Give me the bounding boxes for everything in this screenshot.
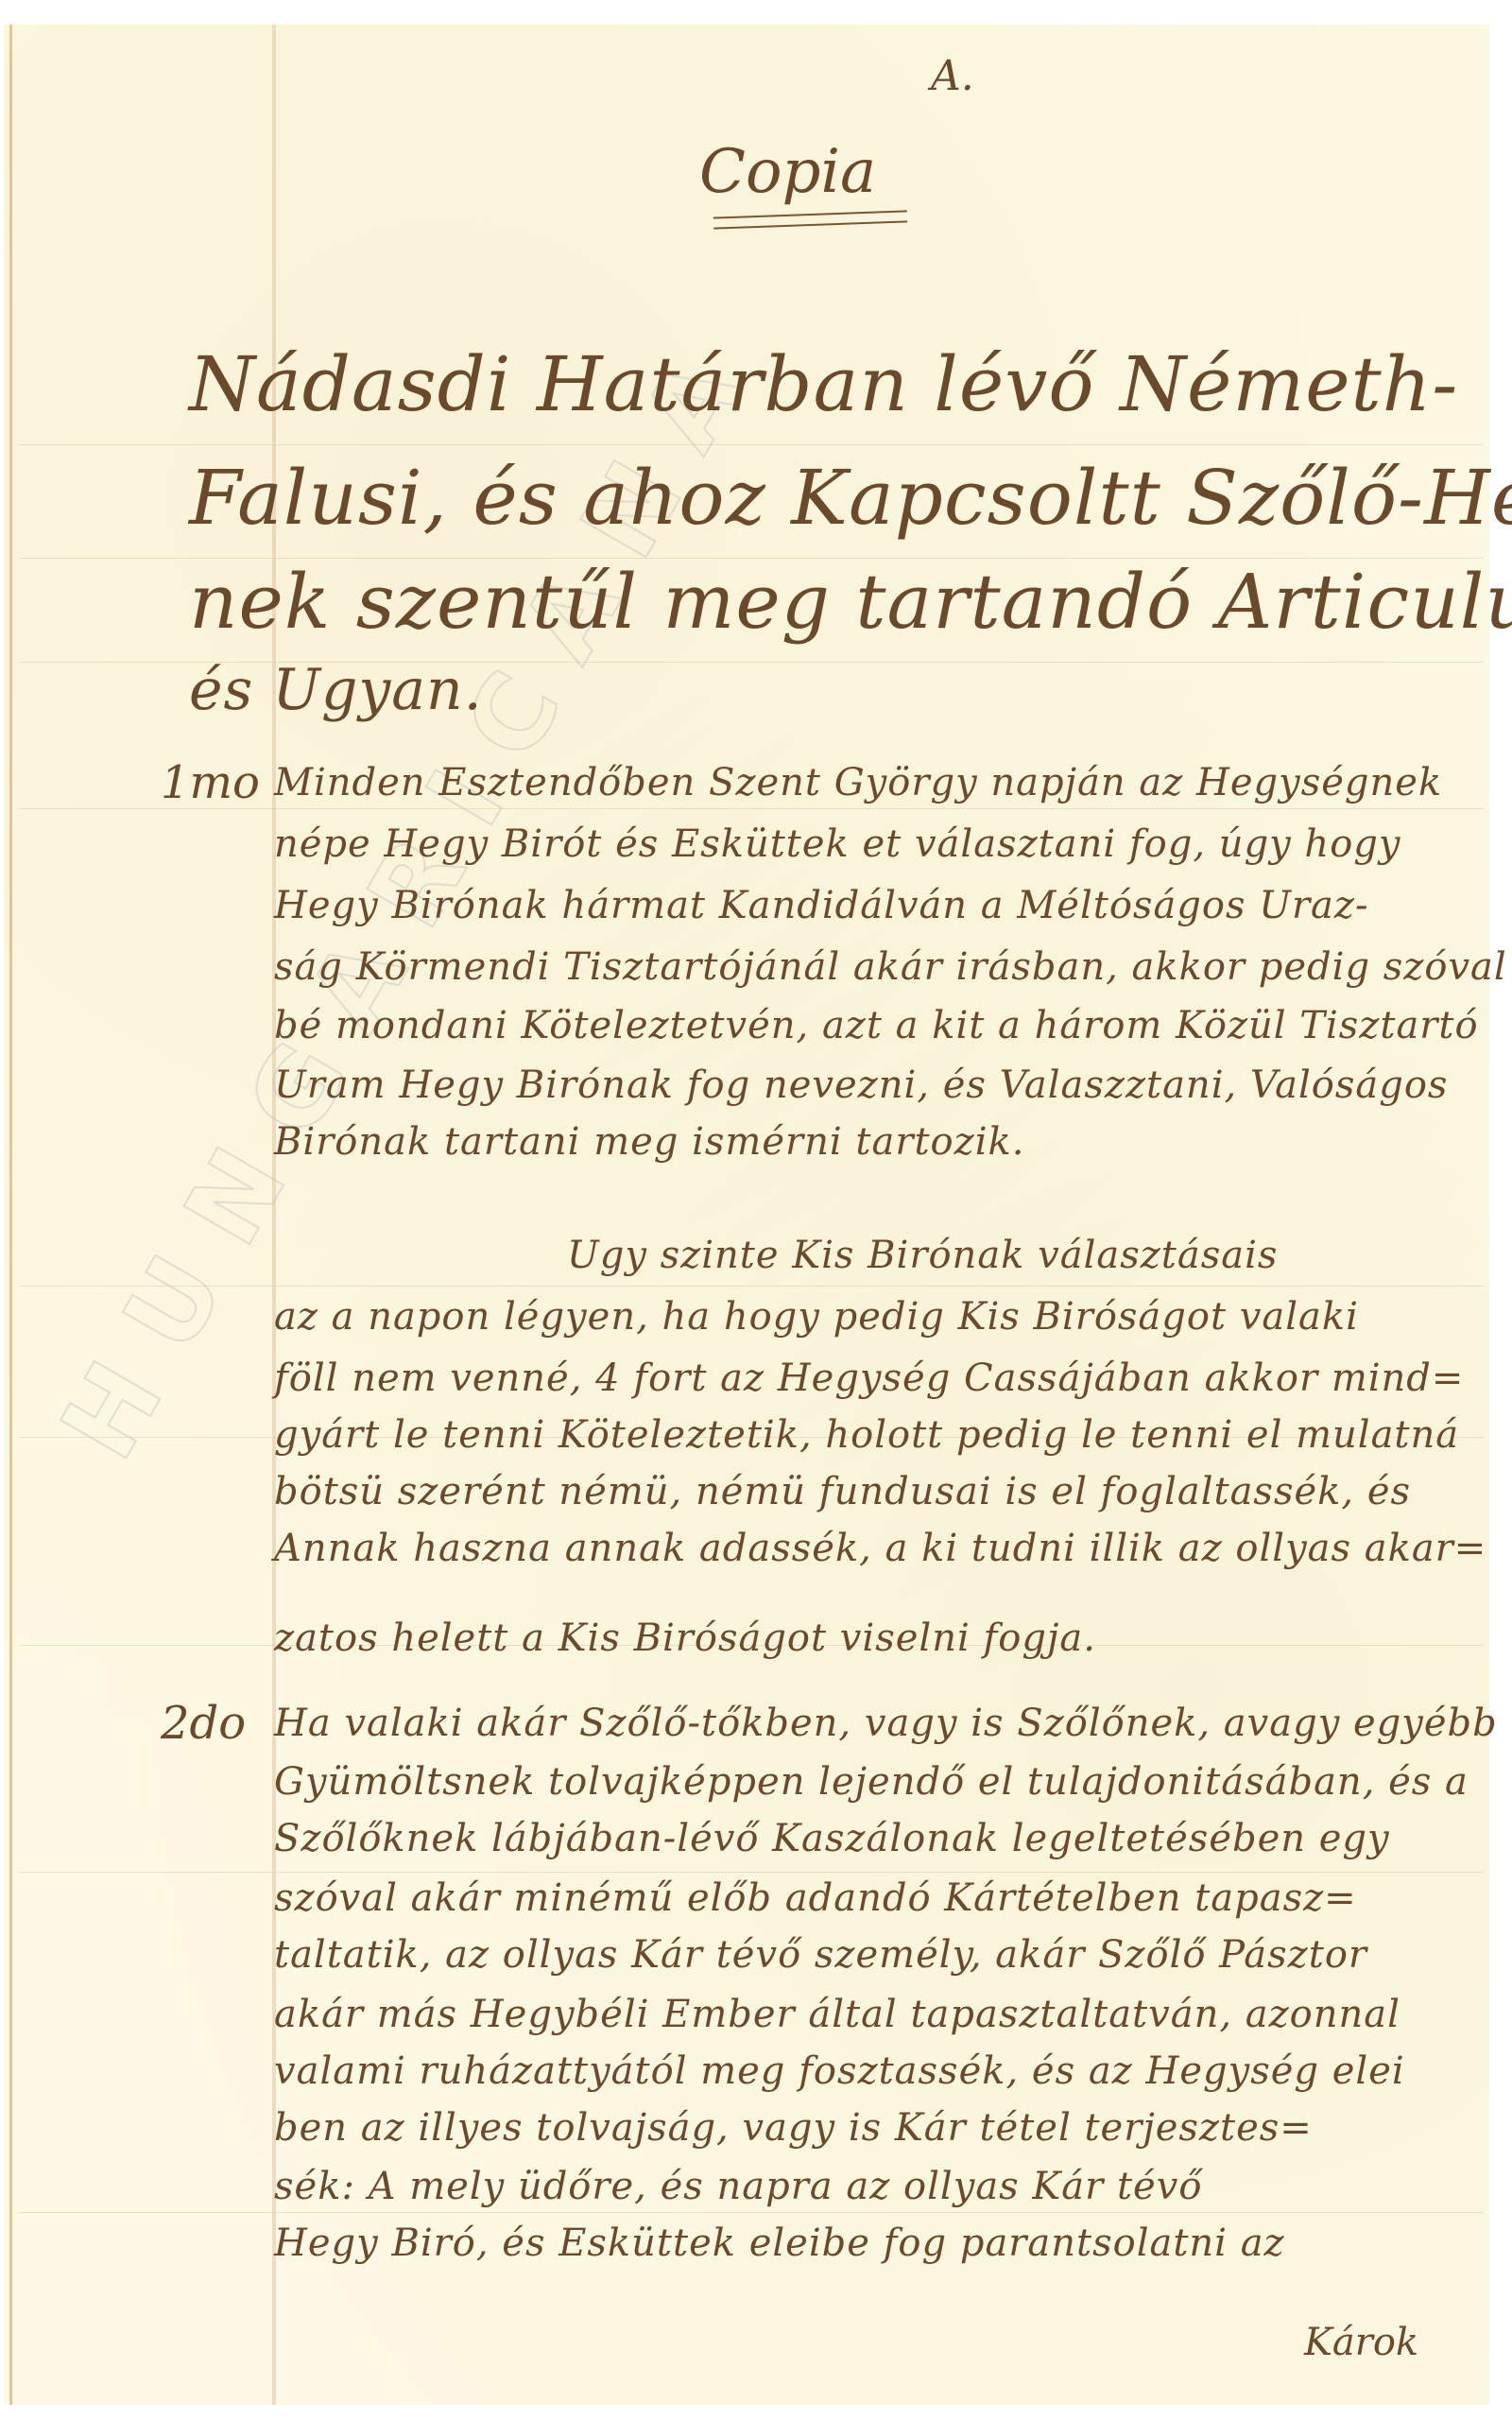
article-line: Birónak tartani meg ismérni tartozik.: [274, 1120, 1024, 1164]
article-line: az a napon légyen, ha hogy pedig Kis Bir…: [274, 1295, 1359, 1339]
article-line: akár más Hegybéli Ember által tapasztalt…: [274, 1993, 1400, 2036]
article-line: valami ruházattyától meg fosztassék, és …: [274, 2049, 1405, 2093]
article-line: szóval akár minémű előb adandó Kártételb…: [274, 1876, 1357, 1920]
article-line: zatos helett a Kis Biróságot viselni fog…: [274, 1616, 1096, 1660]
title-line: Falusi, és ahoz Kapcsoltt Szőlő-Hegyek-: [189, 454, 1512, 542]
left-margin-rule: [9, 25, 12, 2405]
article-line: Hegy Biró, és Esküttek eleibe fog parant…: [274, 2221, 1285, 2265]
article-number: 2do: [161, 1697, 246, 1750]
page-mark: A.: [931, 52, 974, 100]
article-line: Uram Hegy Birónak fog nevezni, és Valasz…: [274, 1063, 1448, 1107]
title-line: Nádasdi Határban lévő Németh-: [189, 340, 1458, 428]
article-line: föll nem venné, 4 fort az Hegység Cassáj…: [274, 1357, 1464, 1400]
ruled-line: [19, 2212, 1484, 2213]
article-line: népe Hegy Birót és Esküttek et választan…: [274, 822, 1400, 866]
article-line: Minden Esztendőben Szent György napján a…: [274, 761, 1442, 804]
heading-copia: Copia: [699, 137, 876, 207]
article-line: gyárt le tenni Köteleztetik, holott pedi…: [274, 1413, 1459, 1457]
article-line: bötsü szerént némü, némü fundusai is el …: [274, 1470, 1411, 1513]
article-line: Annak haszna annak adassék, a ki tudni i…: [274, 1527, 1486, 1570]
article-line: Szőlőknek lábjában-lévő Kaszálonak legel…: [274, 1817, 1390, 1860]
article-number: 1mo: [161, 756, 260, 809]
catchword: Károk: [1304, 2321, 1418, 2364]
article-line: Hegy Birónak hármat Kandidálván a Méltós…: [274, 884, 1369, 927]
article-line: ben az illyes tolvajság, vagy is Kár tét…: [274, 2106, 1313, 2150]
article-line: Ugy szinte Kis Birónak választásais: [567, 1234, 1278, 1277]
title-line: nek szentűl meg tartandó Articulusai: [189, 558, 1512, 646]
ruled-line: [19, 1872, 1484, 1873]
article-line: Ha valaki akár Szőlő-tőkben, vagy is Sző…: [274, 1702, 1498, 1745]
ruled-line: [19, 444, 1484, 445]
article-line: sék: A mely üdőre, és napra az ollyas Ká…: [274, 2165, 1202, 2208]
article-line: bé mondani Köteleztetvén, azt a kit a há…: [274, 1004, 1479, 1047]
article-line: Gyümöltsnek tolvajképpen lejendő el tula…: [274, 1760, 1469, 1804]
title-line: és Ugyan.: [189, 657, 483, 723]
article-line: ság Körmendi Tisztartójánál akár irásban…: [274, 945, 1507, 989]
article-line: taltatik, az ollyas Kár tévő személy, ak…: [274, 1933, 1367, 1977]
